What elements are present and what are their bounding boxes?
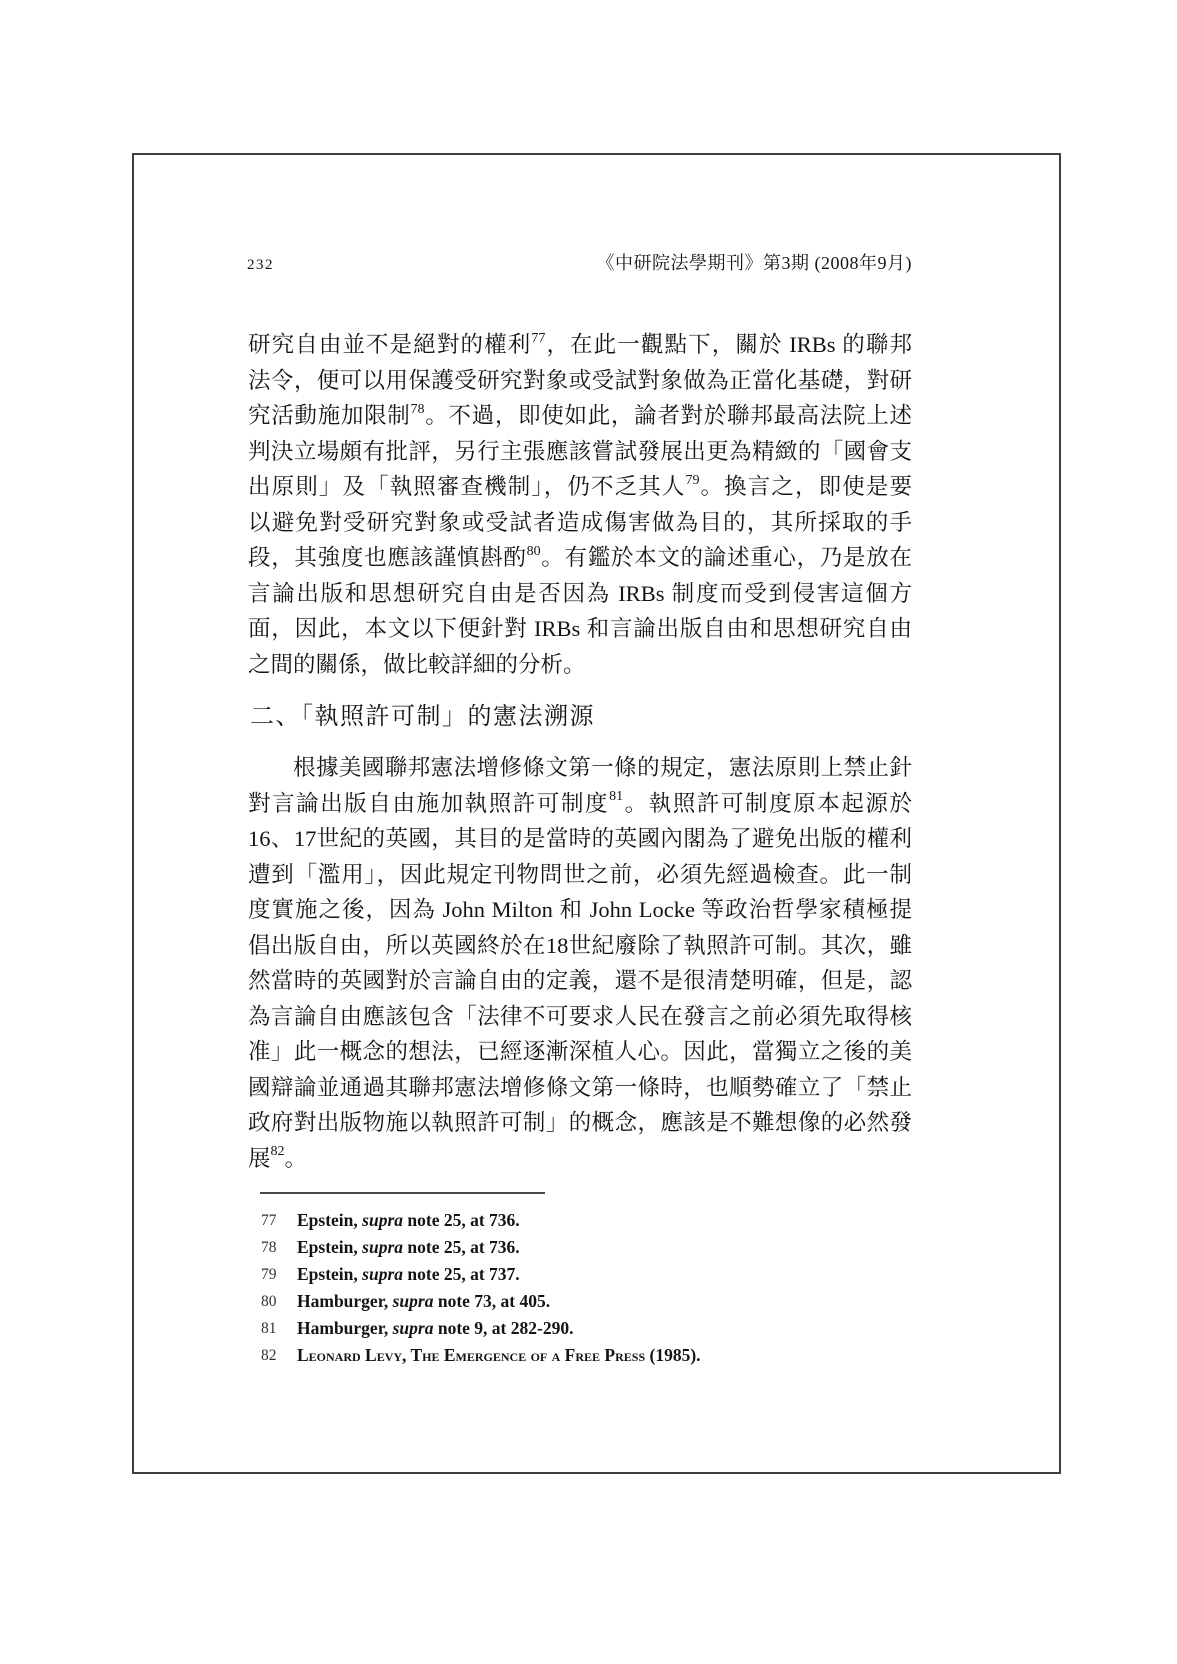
footnote-ref: 77 — [531, 331, 545, 346]
page-sheet: 232 《中研院法學期刊》第3期 (2008年9月) 研究自由並不是絕對的權利7… — [132, 153, 1061, 1474]
text-line: 判決立場頗有批評，另行主張應該嘗試發展出更為精緻的「國會支 — [248, 434, 912, 470]
journal-title: 《中研院法學期刊》第3期 (2008年9月) — [597, 249, 913, 275]
footnote: 78Epstein, supra note 25, at 736. — [248, 1234, 912, 1261]
page-header: 232 《中研院法學期刊》第3期 (2008年9月) — [247, 249, 912, 275]
text-line: 根據美國聯邦憲法增修條文第一條的規定，憲法原則上禁止針 — [248, 750, 912, 786]
text-segment: 以避免對受研究對象或受試者造成傷害做為目的，其所採取的手 — [248, 510, 912, 535]
text-segment: 。換言之，即使是要 — [699, 474, 912, 499]
section-heading: 二、「執照許可制」的憲法溯源 — [250, 699, 912, 735]
text-segment: Epstein, — [297, 1264, 362, 1284]
text-line: 政府對出版物施以執照許可制」的概念，應該是不難想像的必然發 — [248, 1105, 912, 1141]
text-segment: 。 — [285, 1146, 308, 1171]
text-line: 面，因此，本文以下便針對 IRBs 和言論出版自由和思想研究自由 — [248, 611, 912, 647]
footnote: 82Leonard Levy, The Emergence of a Free … — [248, 1342, 912, 1369]
text-line: 國辯論並通過其聯邦憲法增修條文第一條時，也順勢確立了「禁止 — [248, 1070, 912, 1106]
footnote-text: Epstein, supra note 25, at 737. — [297, 1261, 912, 1288]
text-segment: 面，因此，本文以下便針對 IRBs 和言論出版自由和思想研究自由 — [248, 616, 912, 641]
text-segment: 16、17世紀的英國，其目的是當時的英國內閣為了避免出版的權利 — [248, 826, 912, 851]
text-line: 倡出版自由，所以英國終於在18世紀廢除了執照許可制。其次，雖 — [248, 928, 912, 964]
text-segment: 對言論出版自由施加執照許可制度 — [248, 791, 609, 816]
text-segment: 根據美國聯邦憲法增修條文第一條的規定，憲法原則上禁止針 — [293, 755, 912, 780]
footnote-number: 77 — [261, 1207, 297, 1234]
footnote: 80Hamburger, supra note 73, at 405. — [248, 1288, 912, 1315]
footnote-ref: 81 — [609, 789, 623, 804]
text-segment: Epstein, — [297, 1210, 362, 1230]
text-segment: ，在此一觀點下，關於 IRBs 的聯邦 — [545, 332, 912, 357]
text-segment: 然當時的英國對於言論自由的定義，還不是很清楚明確，但是，認 — [248, 968, 912, 993]
footnote-list: 77Epstein, supra note 25, at 736.78Epste… — [248, 1207, 912, 1369]
footnote-number: 82 — [261, 1342, 297, 1369]
text-line: 究活動施加限制78。不過，即使如此，論者對於聯邦最高法院上述 — [248, 398, 912, 434]
text-segment: 段，其強度也應該謹慎斟酌 — [248, 545, 527, 570]
text-segment: 。執照許可制度原本起源於 — [623, 791, 912, 816]
text-line: 然當時的英國對於言論自由的定義，還不是很清楚明確，但是，認 — [248, 963, 912, 999]
text-line: 展82。 — [248, 1141, 912, 1177]
text-segment: 法令，便可以用保護受研究對象或受試對象做為正當化基礎，對研 — [248, 368, 912, 393]
footnote-ref: 82 — [271, 1144, 285, 1159]
footnote: 79Epstein, supra note 25, at 737. — [248, 1261, 912, 1288]
text-segment: 出原則」及「執照審查機制」，仍不乏其人 — [248, 474, 685, 499]
text-segment: supra — [362, 1264, 403, 1284]
footnote-number: 81 — [261, 1315, 297, 1342]
text-segment: note 25, at 736. — [403, 1210, 520, 1230]
text-segment: 展 — [248, 1146, 271, 1171]
footnote-ref: 78 — [411, 402, 425, 417]
text-segment: 度實施之後，因為 John Milton 和 John Locke 等政治哲學家… — [248, 897, 912, 922]
text-segment: note 25, at 737. — [403, 1264, 520, 1284]
text-line: 法令，便可以用保護受研究對象或受試對象做為正當化基礎，對研 — [248, 363, 912, 399]
footnote-number: 79 — [261, 1261, 297, 1288]
text-line: 言論出版和思想研究自由是否因為 IRBs 制度而受到侵害這個方 — [248, 576, 912, 612]
text-segment: 究活動施加限制 — [248, 403, 411, 428]
paragraph-1: 研究自由並不是絕對的權利77，在此一觀點下，關於 IRBs 的聯邦法令，便可以用… — [248, 327, 912, 682]
text-segment: 倡出版自由，所以英國終於在18世紀廢除了執照許可制。其次，雖 — [248, 933, 912, 958]
text-segment: 遭到「濫用」，因此規定刊物問世之前，必須先經過檢查。此一制 — [248, 862, 912, 887]
text-line: 出原則」及「執照審查機制」，仍不乏其人79。換言之，即使是要 — [248, 469, 912, 505]
footnote-text: Epstein, supra note 25, at 736. — [297, 1207, 912, 1234]
text-line: 以避免對受研究對象或受試者造成傷害做為目的，其所採取的手 — [248, 505, 912, 541]
screenshot-canvas: { "page": { "number": "232", "header_rig… — [0, 0, 1177, 1664]
footnote-text: Hamburger, supra note 73, at 405. — [297, 1288, 912, 1315]
text-segment: 國辯論並通過其聯邦憲法增修條文第一條時，也順勢確立了「禁止 — [248, 1075, 912, 1100]
text-segment: Hamburger, — [297, 1318, 393, 1338]
text-segment: 研究自由並不是絕對的權利 — [248, 332, 531, 357]
text-line: 為言論自由應該包含「法律不可要求人民在發言之前必須先取得核 — [248, 999, 912, 1035]
text-line: 遭到「濫用」，因此規定刊物問世之前，必須先經過檢查。此一制 — [248, 857, 912, 893]
text-line: 段，其強度也應該謹慎斟酌80。有鑑於本文的論述重心，乃是放在 — [248, 540, 912, 576]
text-line: 之間的關係，做比較詳細的分析。 — [248, 647, 912, 683]
text-block: 研究自由並不是絕對的權利77，在此一觀點下，關於 IRBs 的聯邦法令，便可以用… — [248, 327, 912, 1369]
footnote: 77Epstein, supra note 25, at 736. — [248, 1207, 912, 1234]
footnote-number: 78 — [261, 1234, 297, 1261]
paragraph-2: 根據美國聯邦憲法增修條文第一條的規定，憲法原則上禁止針對言論出版自由施加執照許可… — [248, 750, 912, 1176]
text-line: 研究自由並不是絕對的權利77，在此一觀點下，關於 IRBs 的聯邦 — [248, 327, 912, 363]
footnote-ref: 80 — [527, 544, 541, 559]
text-segment: note 9, at 282-290. — [433, 1318, 573, 1338]
footnote-number: 80 — [261, 1288, 297, 1315]
text-segment: Hamburger, — [297, 1291, 393, 1311]
text-line: 度實施之後，因為 John Milton 和 John Locke 等政治哲學家… — [248, 892, 912, 928]
text-segment: 判決立場頗有批評，另行主張應該嘗試發展出更為精緻的「國會支 — [248, 439, 912, 464]
footnote-text: Epstein, supra note 25, at 736. — [297, 1234, 912, 1261]
page-number: 232 — [247, 257, 274, 274]
text-line: 准」此一概念的想法，已經逐漸深植人心。因此，當獨立之後的美 — [248, 1034, 912, 1070]
footnote-text: Leonard Levy, The Emergence of a Free Pr… — [297, 1342, 912, 1369]
footnote: 81Hamburger, supra note 9, at 282-290. — [248, 1315, 912, 1342]
footnote-separator — [260, 1192, 545, 1194]
footnote-ref: 79 — [685, 473, 699, 488]
text-segment: Epstein, — [297, 1237, 362, 1257]
text-segment: supra — [393, 1291, 434, 1311]
text-line: 16、17世紀的英國，其目的是當時的英國內閣為了避免出版的權利 — [248, 821, 912, 857]
text-segment: supra — [393, 1318, 434, 1338]
text-segment: supra — [362, 1210, 403, 1230]
text-segment: 。有鑑於本文的論述重心，乃是放在 — [541, 545, 912, 570]
text-line: 對言論出版自由施加執照許可制度81。執照許可制度原本起源於 — [248, 786, 912, 822]
text-segment: note 25, at 736. — [403, 1237, 520, 1257]
text-segment: 言論出版和思想研究自由是否因為 IRBs 制度而受到侵害這個方 — [248, 581, 912, 606]
text-segment: 准」此一概念的想法，已經逐漸深植人心。因此，當獨立之後的美 — [248, 1039, 912, 1064]
text-segment: supra — [362, 1237, 403, 1257]
text-segment: 政府對出版物施以執照許可制」的概念，應該是不難想像的必然發 — [248, 1110, 912, 1135]
footnote-text: Hamburger, supra note 9, at 282-290. — [297, 1315, 912, 1342]
text-segment: 之間的關係，做比較詳細的分析。 — [248, 652, 586, 677]
text-segment: note 73, at 405. — [433, 1291, 550, 1311]
text-segment: 為言論自由應該包含「法律不可要求人民在發言之前必須先取得核 — [248, 1004, 912, 1029]
text-segment: Leonard Levy, The Emergence of a Free Pr… — [297, 1345, 701, 1365]
text-segment: 。不過，即使如此，論者對於聯邦最高法院上述 — [425, 403, 912, 428]
